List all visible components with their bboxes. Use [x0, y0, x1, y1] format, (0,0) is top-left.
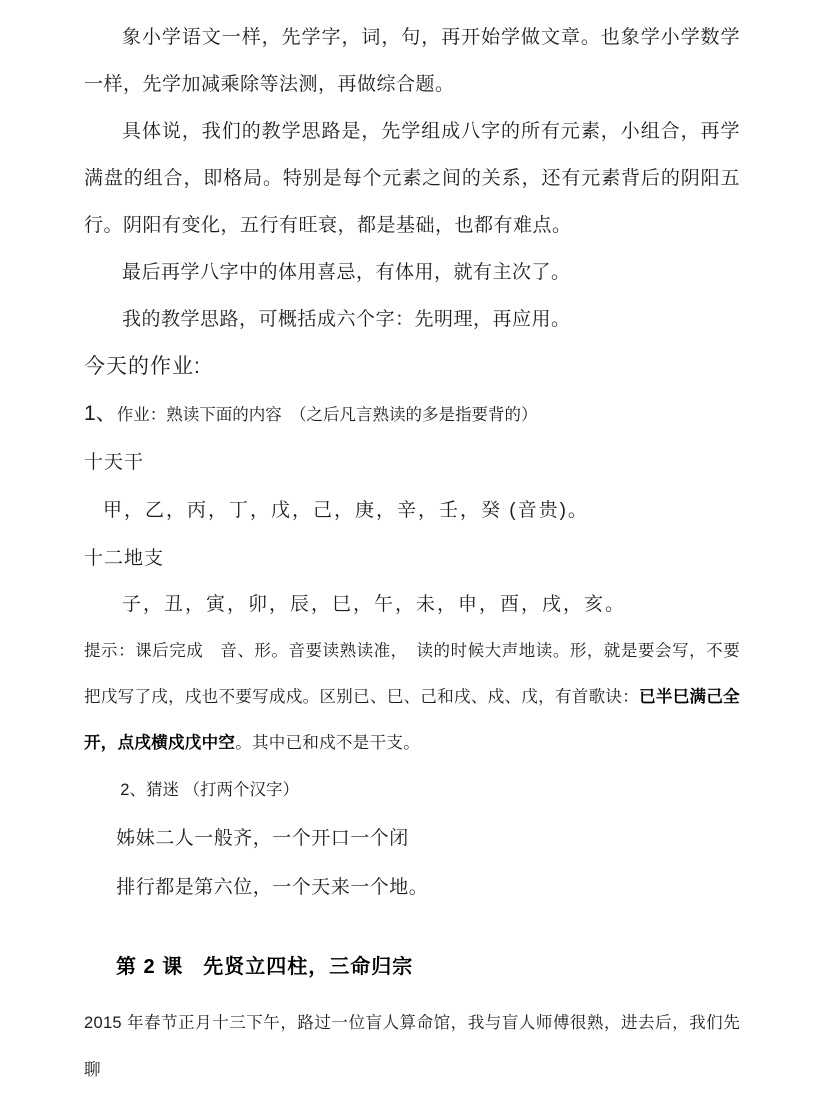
intro-paragraph-2: 具体说，我们的教学思路是，先学组成八字的所有元素，小组合，再学满盘的组合，即格局…: [84, 108, 740, 249]
lesson-2-heading: 第 2 课先贤立四柱，三命归宗: [84, 952, 740, 982]
homework-item-2: 2、猜迷 （打两个汉字）: [84, 766, 740, 814]
homework-item-1: 1、作业：熟读下面的内容 （之后凡言熟读的多是指要背的）: [84, 391, 740, 439]
intro-paragraph-3: 最后再学八字中的体用喜忌，有体用，就有主次了。: [84, 249, 740, 296]
riddle-line-2: 排行都是第六位，一个天来一个地。: [84, 863, 740, 912]
intro-paragraph-4: 我的教学思路，可概括成六个字：先明理，再应用。: [84, 296, 740, 343]
riddle-line-1: 姊妹二人一般齐，一个开口一个闭: [84, 814, 740, 863]
homework-item-1-text: 作业：熟读下面的内容 （之后凡言熟读的多是指要背的）: [117, 406, 538, 424]
homework-item-1-number: 1、: [84, 402, 117, 425]
earthly-branches-label: 十二地支: [84, 535, 740, 582]
document-page: 象小学语文一样，先学字，词，句，再开始学做文章。也象学小学数学一样，先学加减乘除…: [0, 0, 824, 1112]
earthly-branches-list: 子，丑，寅，卯，辰，巳，午，未，申，酉，戌，亥。: [84, 582, 740, 628]
lesson-2-heading-number: 第 2 课: [116, 956, 183, 978]
heavenly-stems-label: 十天干: [84, 439, 740, 486]
lesson-2-paragraph-1: 2015 年春节正月十三下午，路过一位盲人算命馆，我与盲人师傅很熟，进去后，我们…: [84, 1000, 740, 1094]
homework-title: 今天的作业:: [84, 343, 740, 391]
heavenly-stems-list: 甲，乙，丙，丁，戊，己，庚，辛，壬，癸 (音贵)。: [84, 486, 740, 535]
hint-paragraph: 提示：课后完成 音、形。音要读熟读准， 读的时候大声地读。形，就是要会写，不要把…: [84, 628, 740, 766]
lesson-2-heading-title: 先贤立四柱，三命归宗: [203, 956, 413, 978]
intro-paragraph-1: 象小学语文一样，先学字，词，句，再开始学做文章。也象学小学数学一样，先学加减乘除…: [84, 14, 740, 108]
